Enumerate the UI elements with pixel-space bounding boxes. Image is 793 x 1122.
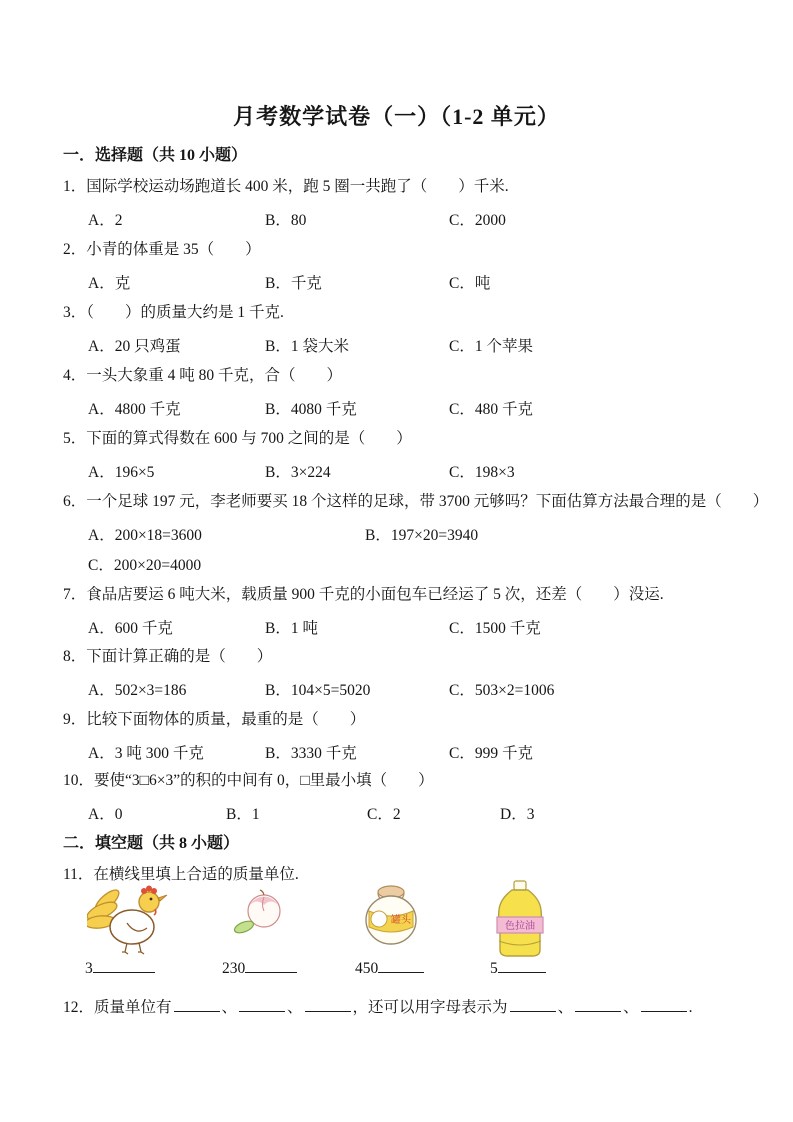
q11-underline-rooster	[93, 958, 155, 973]
section-1-heading: 一．选择题（共 10 小题）	[63, 146, 247, 166]
exam-paper: 月考数学试卷（一）（1-2 单元） 一．选择题（共 10 小题） 1．国际学校运…	[0, 0, 793, 1122]
q12-blank-6	[641, 997, 687, 1012]
question-9-option-b: B．3330 千克	[265, 741, 357, 763]
q11-value-jar: 450	[355, 960, 378, 977]
oil-bottle-image: 色拉油	[491, 879, 549, 964]
question-10-option-d: D．3	[500, 802, 534, 824]
question-8-option-c: C．503×2=1006	[449, 678, 554, 700]
question-8-option-a: A．502×3=186	[88, 678, 186, 700]
q12-suffix: .	[689, 999, 693, 1016]
question-6-option-a: A．200×18=3600	[88, 523, 202, 545]
oil-bottle-label: 色拉油	[505, 919, 535, 932]
question-1-option-a: A．2	[88, 208, 122, 230]
question-5-option-b: B．3×224	[265, 460, 331, 482]
question-8-stem: 8．下面计算正确的是（ ）	[63, 647, 272, 667]
question-3-option-c: C．1 个苹果	[449, 334, 533, 356]
q11-value-rooster: 3	[85, 960, 93, 977]
question-3-option-b: B．1 袋大米	[265, 334, 349, 356]
q12-blank-1	[174, 997, 220, 1012]
question-6-option-c: C．200×20=4000	[88, 553, 201, 575]
peach-image	[231, 887, 291, 946]
question-2-option-a: A．克	[88, 271, 130, 293]
page-title: 月考数学试卷（一）（1-2 单元）	[0, 100, 793, 131]
question-7-option-b: B．1 吨	[265, 616, 318, 638]
q12-middle: ，还可以用字母表示为	[353, 999, 508, 1016]
question-7-option-c: C．1500 千克	[449, 616, 541, 638]
question-9-option-c: C．999 千克	[449, 741, 533, 763]
question-2-option-c: C．吨	[449, 271, 490, 293]
question-10-option-c: C．2	[367, 802, 401, 824]
q11-underline-jar	[378, 958, 424, 973]
q12-prefix: 12．质量单位有	[63, 999, 172, 1016]
q11-underline-peach	[245, 958, 297, 973]
question-1-option-c: C．2000	[449, 208, 506, 230]
q11-value-peach: 230	[222, 960, 245, 977]
question-5-option-c: C．198×3	[449, 460, 515, 482]
q11-value-oil: 5	[490, 960, 498, 977]
question-7-option-a: A．600 千克	[88, 616, 173, 638]
question-10-option-a: A．0	[88, 802, 122, 824]
question-10-option-b: B．1	[226, 802, 260, 824]
section-2-heading: 二．填空题（共 8 小题）	[63, 834, 239, 854]
question-1-option-b: B．80	[265, 208, 306, 230]
question-7-stem: 7．食品店要运 6 吨大米，载质量 900 千克的小面包车已经运了 5 次，还差…	[63, 585, 664, 605]
question-4-stem: 4．一头大象重 4 吨 80 千克，合（ ）	[63, 366, 342, 386]
question-3-stem: 3．（ ）的质量大约是 1 千克.	[63, 303, 284, 323]
question-8-option-b: B．104×5=5020	[265, 678, 370, 700]
q11-underline-oil	[498, 958, 546, 973]
rooster-image	[87, 881, 171, 964]
q11-blank-peach: 230	[222, 958, 297, 978]
q12-blank-3	[305, 997, 351, 1012]
q11-blank-oil: 5	[490, 958, 546, 978]
question-12: 12．质量单位有、、，还可以用字母表示为、、.	[63, 997, 692, 1018]
q11-blank-jar: 450	[355, 958, 424, 978]
q12-separator: 、	[222, 999, 238, 1016]
question-10-stem: 10．要使“3□6×3”的积的中间有 0，□里最小填（ ）	[63, 771, 434, 791]
question-4-option-c: C．480 千克	[449, 397, 533, 419]
q12-blank-5	[575, 997, 621, 1012]
q12-blank-4	[510, 997, 556, 1012]
question-1-stem: 1．国际学校运动场跑道长 400 米，跑 5 圈一共跑了（ ）千米.	[63, 177, 509, 197]
q12-separator: 、	[287, 999, 303, 1016]
question-9-stem: 9．比较下面物体的质量，最重的是（ ）	[63, 710, 365, 730]
question-6-stem: 6．一个足球 197 元，李老师要买 18 个这样的足球，带 3700 元够吗？…	[63, 492, 768, 512]
jar-label: 罐头	[391, 913, 412, 926]
q12-separator: 、	[623, 999, 639, 1016]
question-4-option-a: A．4800 千克	[88, 397, 181, 419]
question-9-option-a: A．3 吨 300 千克	[88, 741, 204, 763]
question-6-option-b: B．197×20=3940	[365, 523, 478, 545]
question-3-option-a: A．20 只鸡蛋	[88, 334, 181, 356]
jar-image: 罐头	[357, 883, 426, 952]
q12-blank-2	[239, 997, 285, 1012]
question-4-option-b: B．4080 千克	[265, 397, 357, 419]
question-5-option-a: A．196×5	[88, 460, 154, 482]
q12-separator: 、	[558, 999, 574, 1016]
question-5-stem: 5．下面的算式得数在 600 与 700 之间的是（ ）	[63, 429, 412, 449]
question-2-stem: 2．小青的体重是 35（ ）	[63, 240, 261, 260]
q11-blank-rooster: 3	[85, 958, 155, 978]
question-2-option-b: B．千克	[265, 271, 322, 293]
